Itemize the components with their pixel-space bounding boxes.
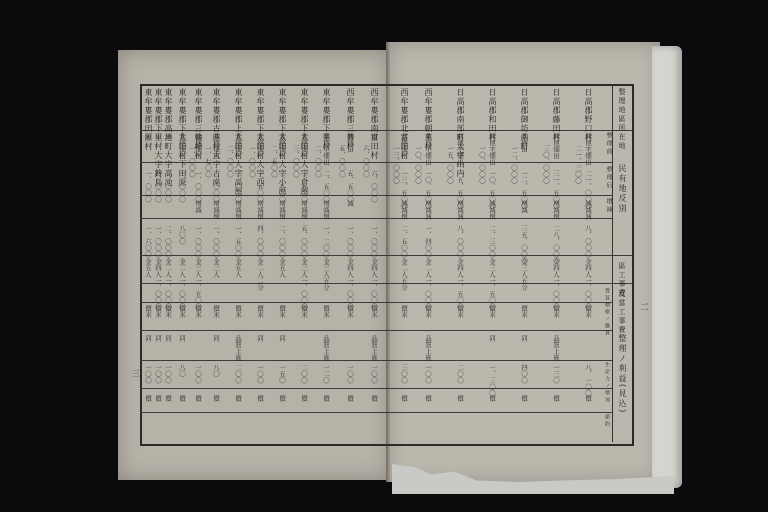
category-cell: 其他畑田 [552, 133, 559, 159]
sale-cell: 一〇〇 [154, 364, 161, 384]
cost-cell: 一、〇〇〇 [194, 225, 201, 258]
side-header-title: 整理地區所在地 [617, 88, 627, 151]
cost-per-tan-cell: 金三人一、五〇〇 [194, 258, 201, 310]
note-cell: 同 [520, 335, 527, 342]
note-cell: 同 [144, 335, 151, 342]
cost-cell: 一、五〇〇 [234, 225, 241, 258]
sale-cell: 三〇〇 [400, 364, 407, 384]
area-after-cell: 二、八〇〇 [278, 170, 285, 203]
benefit-cell: 價米 [584, 305, 591, 318]
cost-per-tan-cell: 金二人一、〇〇〇 [424, 258, 431, 310]
sale-cell: 一、三〇〇 [488, 364, 495, 397]
note-cell: 品質上進 [234, 335, 241, 361]
page-edge-stack [652, 46, 682, 488]
cost-per-tan-cell: 金四人一、〇〇〇 [552, 258, 559, 310]
benefit-cell: 價米 [178, 305, 185, 318]
cost-per-tan-cell: 金三人五分 [520, 258, 527, 291]
total-cell: 價 [370, 395, 377, 402]
area-before-cell: 二、〇〇〇 [314, 145, 321, 178]
side-header-column: 整理地區所在地 民有地反別 區工事費 反當工事費 整理ノ利益(見込) [612, 84, 633, 442]
category-cell: 其他宅畑田 [424, 133, 431, 166]
sale-cell: 一五〇 [278, 364, 285, 384]
benefit-cell: 價米 [164, 305, 171, 318]
total-cell: 價 [552, 395, 559, 402]
category-cell: 其他宅畑田 [322, 133, 329, 166]
change-cell: 增減 [194, 200, 201, 213]
area-before-cell: 三〇、〇〇〇 [542, 145, 549, 184]
benefit-cell: 價米 [400, 305, 407, 318]
row-divider-total [140, 412, 612, 413]
benefit-cell: 價米 [424, 305, 431, 318]
area-after-cell: 五、五〇〇 [346, 170, 353, 203]
benefit-cell: 價米 [456, 305, 463, 318]
cost-cell: 八、〇〇〇 [584, 225, 591, 258]
cost-cell: 八〇〇 [178, 225, 185, 245]
category-cell: 田 [164, 133, 171, 140]
benefit-cell: 價米 [154, 305, 161, 318]
change-cell: 增減增 [212, 200, 219, 220]
area-after-cell: 一、〇〇〇 [194, 170, 201, 203]
area-after-cell: 一、五〇〇 [256, 170, 263, 203]
cost-per-tan-cell: 金三人一、五〇〇 [488, 258, 495, 310]
area-before-cell: 二、〇〇〇 [226, 145, 233, 178]
area-after-cell: 二、〇〇〇 [212, 170, 219, 203]
cost-cell: 五、〇〇〇 [300, 225, 307, 258]
note-cell: 品質上進 [424, 335, 431, 361]
sub-header-productivity: 生産力ノ增加 [604, 362, 611, 404]
total-cell: 價 [164, 395, 171, 402]
category-cell: 其他宅畑田 [584, 133, 591, 166]
area-before-cell: 二、五〇〇 [270, 145, 277, 178]
change-cell: 增減增 [300, 200, 307, 220]
area-before-cell: 一三、〇〇〇 [392, 145, 399, 184]
cost-per-tan-cell: 金四人一、〇〇〇 [584, 258, 591, 310]
note-cell: 同 [212, 335, 219, 342]
side-header-benefit: 整理ノ利益(見込) [617, 334, 628, 414]
category-cell: 其他宅畑田 [456, 133, 463, 166]
side-header-land-area: 民有地反別 [617, 164, 628, 214]
sale-cell: 一二〇 [322, 364, 329, 384]
change-cell: 增減增 [322, 200, 329, 220]
change-cell: 減 [346, 200, 353, 207]
sale-cell: 一〇〇 [144, 364, 151, 384]
category-cell: 其他畑田 [178, 133, 185, 159]
note-cell: 品質上進 [552, 335, 559, 361]
cost-cell: 八、〇〇〇 [456, 225, 463, 258]
area-before-cell: 一二、〇〇〇 [510, 145, 517, 184]
cost-cell: 一、〇〇〇 [212, 225, 219, 258]
area-before-cell: 三、〇〇〇 [292, 145, 299, 178]
benefit-cell: 價米 [194, 305, 201, 318]
note-cell: 同 [164, 335, 171, 342]
area-before-cell: 二一、三〇〇 [574, 145, 581, 184]
total-cell: 價 [488, 395, 495, 402]
area-before-cell: 一〇、〇〇〇 [414, 145, 421, 184]
benefit-cell: 價米 [278, 305, 285, 318]
total-cell: 價 [322, 395, 329, 402]
row-divider-change [140, 218, 612, 219]
cost-cell: 一、〇〇〇 [370, 225, 377, 258]
benefit-cell: 價米 [346, 305, 353, 318]
sale-cell: 一三〇 [552, 364, 559, 384]
benefit-cell: 價米 [488, 305, 495, 318]
category-cell: 其他宅畑田 [488, 133, 495, 166]
category-cell: 其他畑田 [278, 133, 285, 159]
cost-cell: 一、〇〇〇 [346, 225, 353, 258]
category-cell: 其他畑田 [212, 133, 219, 159]
category-cell: 田 [144, 133, 151, 140]
total-cell: 價 [456, 395, 463, 402]
row-divider-sale [140, 388, 612, 389]
area-after-cell: 一、〇〇〇 [178, 170, 185, 203]
cost-per-tan-cell: 金三人五分 [322, 258, 329, 291]
category-cell: 其他畑田 [256, 133, 263, 159]
area-after-cell: 一、〇〇〇 [144, 170, 151, 203]
cost-per-tan-cell: 金二人一、〇〇〇 [178, 258, 185, 310]
note-cell: 同 [256, 335, 263, 342]
sale-cell: 一〇〇 [256, 364, 263, 384]
total-cell: 價 [178, 395, 185, 402]
sale-cell: 四〇〇 [520, 364, 527, 384]
change-cell: 增減增 [234, 200, 241, 220]
total-cell: 價 [144, 395, 151, 402]
note-cell: 同 [488, 335, 495, 342]
total-cell: 價 [584, 395, 591, 402]
benefit-cell: 價米 [520, 305, 527, 318]
benefit-cell: 價米 [212, 305, 219, 318]
area-after-cell: 二、〇〇〇 [234, 170, 241, 203]
change-cell: 減減增 [400, 200, 407, 220]
total-cell: 價 [346, 395, 353, 402]
total-cell: 價 [194, 395, 201, 402]
sub-header-savings: 節約 [604, 414, 611, 428]
sale-cell: 二〇〇 [456, 364, 463, 384]
sale-cell: 二〇〇 [300, 364, 307, 384]
cost-cell: 一、二〇〇 [322, 225, 329, 258]
cost-per-tan-cell: 金四人一、五〇〇 [456, 258, 463, 310]
cost-cell: 二、〇〇〇 [278, 225, 285, 258]
area-after-cell: 四、〇〇〇 [154, 170, 161, 203]
benefit-cell: 價米 [300, 305, 307, 318]
total-cell: 價 [400, 395, 407, 402]
change-cell: 增減減 [456, 200, 463, 220]
cost-cell: 二、五〇〇 [400, 225, 407, 258]
sub-header-price-rise: 賣買價格ノ騰貴 [604, 288, 611, 337]
category-cell: 其他畑田 [300, 133, 307, 159]
cost-per-tan-cell: 金四人一、〇〇〇 [154, 258, 161, 310]
note-cell: 品質上進 [370, 335, 377, 361]
sale-cell: 二〇〇 [234, 364, 241, 384]
category-cell: 田 [370, 133, 377, 140]
sub-header-before: 整理前 [604, 132, 613, 156]
change-cell: 增減 [520, 200, 527, 213]
cost-per-tan-cell: 金二人二分 [256, 258, 263, 291]
sale-cell: 一〇〇 [346, 364, 353, 384]
cost-per-tan-cell: 金五人 [278, 258, 285, 278]
page-number-left: 三 [132, 368, 140, 379]
cost-cell: 一、〇〇〇 [154, 225, 161, 258]
sale-cell: 八、一〇〇 [584, 364, 591, 397]
area-before-cell: 一〇、〇〇〇 [478, 145, 485, 184]
note-cell: 品質上進 [322, 335, 329, 361]
change-cell: 增減減 [424, 200, 431, 220]
cost-per-tan-cell: 金四人一、〇〇〇 [370, 258, 377, 310]
cost-cell: 一、六〇〇 [144, 225, 151, 258]
category-cell: 田 [154, 133, 161, 140]
note-cell: 同 [178, 335, 185, 342]
cost-cell: 四、〇〇〇 [256, 225, 263, 258]
note-cell: 同 [154, 335, 161, 342]
benefit-cell: 價米 [234, 305, 241, 318]
sale-cell: 一〇〇 [194, 364, 201, 384]
total-cell: 價 [212, 395, 219, 402]
sale-cell: 一〇〇 [424, 364, 431, 384]
row-divider-price [140, 330, 612, 331]
area-after-cell: 三、〇〇〇 [164, 170, 171, 203]
benefit-cell: 價米 [322, 305, 329, 318]
sale-cell: 八〇 [178, 364, 185, 377]
area-after-cell: 六、〇〇〇 [370, 170, 377, 203]
change-cell: 減減減 [584, 200, 591, 220]
sale-cell: 一〇〇 [164, 364, 171, 384]
area-before-cell: 一、〇〇〇 [248, 145, 255, 178]
category-cell: 其他畑田 [400, 133, 407, 159]
cost-per-tan-cell: 金三人 [212, 258, 219, 278]
cost-cell: 二、三〇〇 [488, 225, 495, 258]
total-cell: 價 [300, 395, 307, 402]
cost-cell: 二、〇〇〇 [164, 225, 171, 258]
benefit-cell: 價米 [552, 305, 559, 318]
area-after-cell: 三、五〇〇 [300, 170, 307, 203]
benefit-cell: 價米 [144, 305, 151, 318]
category-cell: 其他田 [346, 133, 353, 153]
sale-cell: 八〇 [212, 364, 219, 377]
change-cell: 增減增 [278, 200, 285, 220]
cost-per-tan-cell: 金五人 [144, 258, 151, 278]
cost-per-tan-cell: 金五人 [234, 258, 241, 278]
area-before-cell: 六、〇〇〇 [362, 145, 369, 178]
total-cell: 價 [154, 395, 161, 402]
change-cell: 減減增 [488, 200, 495, 220]
change-cell: 增減增 [552, 200, 559, 220]
total-cell: 價 [256, 395, 263, 402]
total-cell: 價 [520, 395, 527, 402]
total-cell: 價 [278, 395, 285, 402]
cost-per-tan-cell: 金二人一、〇〇〇 [164, 258, 171, 310]
sale-cell: 一〇〇 [370, 364, 377, 384]
category-cell: 其他畑田 [234, 133, 241, 159]
cost-cell: 一、四〇〇 [424, 225, 431, 258]
area-before-cell: 五、〇〇〇 [338, 145, 345, 178]
page-number-right: 二 [640, 300, 649, 313]
location-label: 東牟婁郡田原村 [144, 88, 153, 151]
sub-header-after: 整理后 [604, 166, 613, 190]
cost-per-tan-cell: 金三人一、〇〇〇 [300, 258, 307, 310]
area-after-cell: 二、五〇〇 [322, 170, 329, 203]
sub-header-change: 增減 [604, 198, 613, 214]
total-cell: 價 [234, 395, 241, 402]
category-cell: 其他田 [520, 133, 527, 153]
note-cell: 同 [278, 335, 285, 342]
area-before-cell: 一、七〇〇 [204, 145, 211, 178]
total-cell: 價 [424, 395, 431, 402]
cost-per-tan-cell: 金四人一、〇〇〇 [346, 258, 353, 310]
benefit-cell: 價米 [256, 305, 263, 318]
location-label: 西牟婁郡南富田村 [370, 88, 379, 160]
area-before-cell: 一五、〇〇〇 [446, 145, 453, 184]
cost-per-tan-cell: 金二人五分 [400, 258, 407, 291]
side-header-cost-per-tan: 反當工事費 [617, 290, 627, 335]
change-cell: 增減增 [256, 200, 263, 220]
benefit-cell: 價米 [370, 305, 377, 318]
